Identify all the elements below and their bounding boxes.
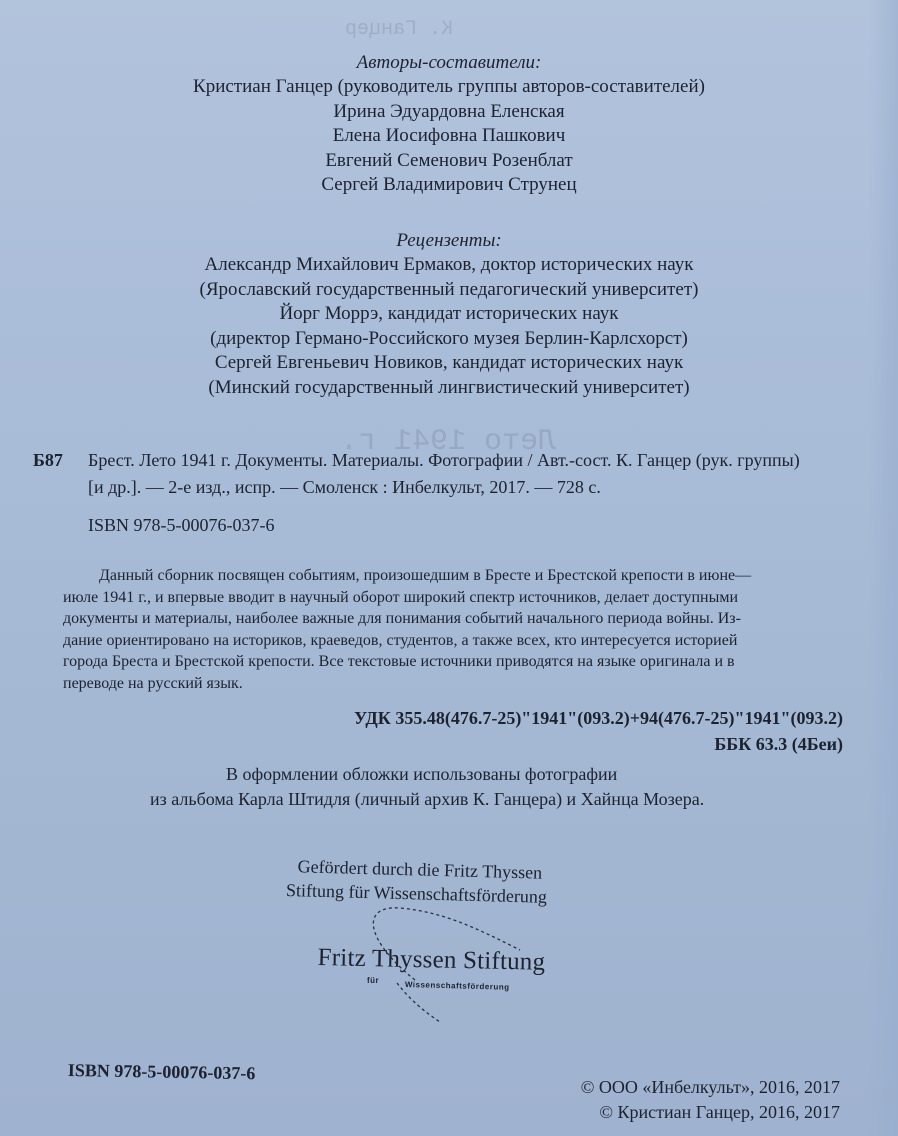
reviewers-heading: Рецензенты: bbox=[0, 228, 898, 253]
reviewer-affiliation: (директор Германо-Российского музея Берл… bbox=[0, 327, 898, 352]
logo-subtitle-fur: für bbox=[367, 976, 379, 985]
abstract-line: переводе на русский язык. bbox=[63, 673, 853, 695]
udk-code: УДК 355.48(476.7-25)"1941"(093.2)+94(476… bbox=[354, 705, 843, 731]
authors-section: Авторы-составители: Кристиан Ганцер (рук… bbox=[0, 50, 898, 198]
cover-note-line: В оформлении обложки использованы фотогр… bbox=[150, 762, 704, 787]
copyright-block: © ООО «Инбелкульт», 2016, 2017 © Кристиа… bbox=[581, 1075, 840, 1125]
bbk-code: ББК 63.3 (4Беи) bbox=[354, 731, 843, 757]
abstract-paragraph: Данный сборник посвящен событиям, произо… bbox=[63, 565, 853, 694]
logo-wordmark: Fritz Thyssen Stiftung bbox=[317, 944, 545, 977]
reviewers-section: Рецензенты: Александр Михайлович Ермаков… bbox=[0, 228, 898, 400]
author-mark-code: Б87 bbox=[33, 447, 63, 474]
reviewer-line: Йорг Моррэ, кандидат исторических наук bbox=[0, 302, 898, 327]
bibliographic-description-line: Брест. Лето 1941 г. Документы. Материалы… bbox=[88, 447, 853, 474]
abstract-line: документы и материалы, наиболее важные д… bbox=[63, 608, 853, 630]
catalog-entry: Б87 Брест. Лето 1941 г. Документы. Матер… bbox=[33, 447, 853, 539]
author-name: Евгений Семенович Розенблат bbox=[0, 149, 898, 174]
author-name: Кристиан Ганцер (руководитель группы авт… bbox=[0, 75, 898, 100]
abstract-line: города Бреста и Брестской крепости. Все … bbox=[63, 651, 853, 673]
show-through-text-top: К. Ганцер bbox=[345, 18, 453, 41]
author-name: Ирина Эдуардовна Еленская bbox=[0, 100, 898, 125]
classification-block: УДК 355.48(476.7-25)"1941"(093.2)+94(476… bbox=[354, 705, 843, 757]
copyright-line: © ООО «Инбелкульт», 2016, 2017 bbox=[581, 1075, 840, 1100]
reviewer-affiliation: (Ярославский государственный педагогичес… bbox=[0, 278, 898, 303]
author-name: Сергей Владимирович Струнец bbox=[0, 173, 898, 198]
abstract-line: июле 1941 г., и впервые вводит в научный… bbox=[63, 587, 853, 609]
reviewer-line: Сергей Евгеньевич Новиков, кандидат исто… bbox=[0, 351, 898, 376]
cover-photo-note: В оформлении обложки использованы фотогр… bbox=[150, 762, 704, 812]
cover-note-line: из альбома Карла Штидля (личный архив К.… bbox=[150, 787, 704, 812]
reviewer-affiliation: (Минский государственный лингвистический… bbox=[0, 376, 898, 401]
authors-heading: Авторы-составители: bbox=[0, 50, 898, 75]
fritz-thyssen-stiftung-logo: Fritz Thyssen Stiftung für Wissenschafts… bbox=[305, 900, 565, 1040]
abstract-line: Данный сборник посвящен событиям, произо… bbox=[63, 565, 853, 587]
footer-isbn: ISBN 978-5-00076-037-6 bbox=[68, 1060, 256, 1084]
copyright-line: © Кристиан Ганцер, 2016, 2017 bbox=[581, 1100, 840, 1125]
reviewer-line: Александр Михайлович Ермаков, доктор ист… bbox=[0, 253, 898, 278]
catalog-isbn: ISBN 978-5-00076-037-6 bbox=[88, 512, 853, 539]
author-name: Елена Иосифовна Пашкович bbox=[0, 124, 898, 149]
bibliographic-description-line: [и др.]. — 2-е изд., испр. — Смоленск : … bbox=[88, 474, 853, 501]
abstract-line: дание ориентировано на историков, краеве… bbox=[63, 630, 853, 652]
